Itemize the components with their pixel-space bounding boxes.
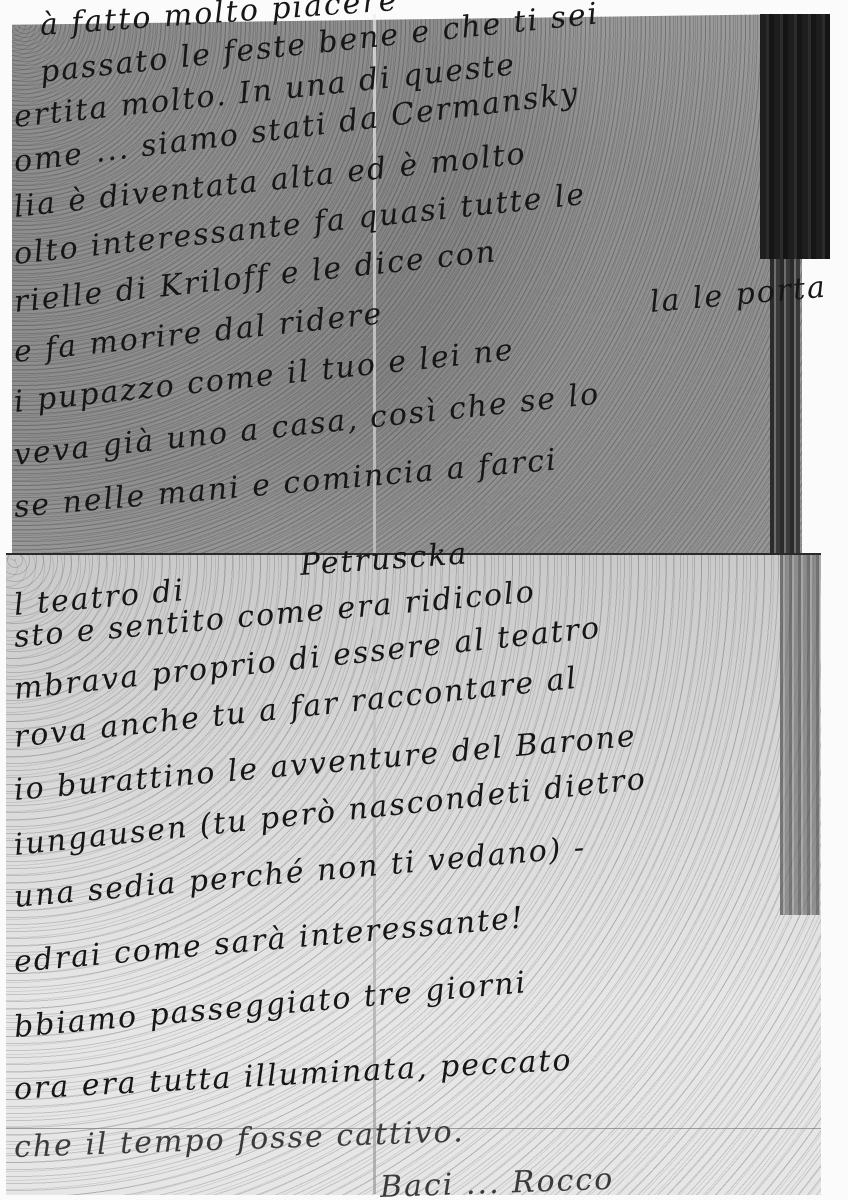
scanned-letter-page: à fatto molto piacere passato le feste b… (0, 0, 848, 1200)
dark-scan-edge (760, 14, 830, 259)
paper-fold-edge-lower (780, 555, 820, 915)
